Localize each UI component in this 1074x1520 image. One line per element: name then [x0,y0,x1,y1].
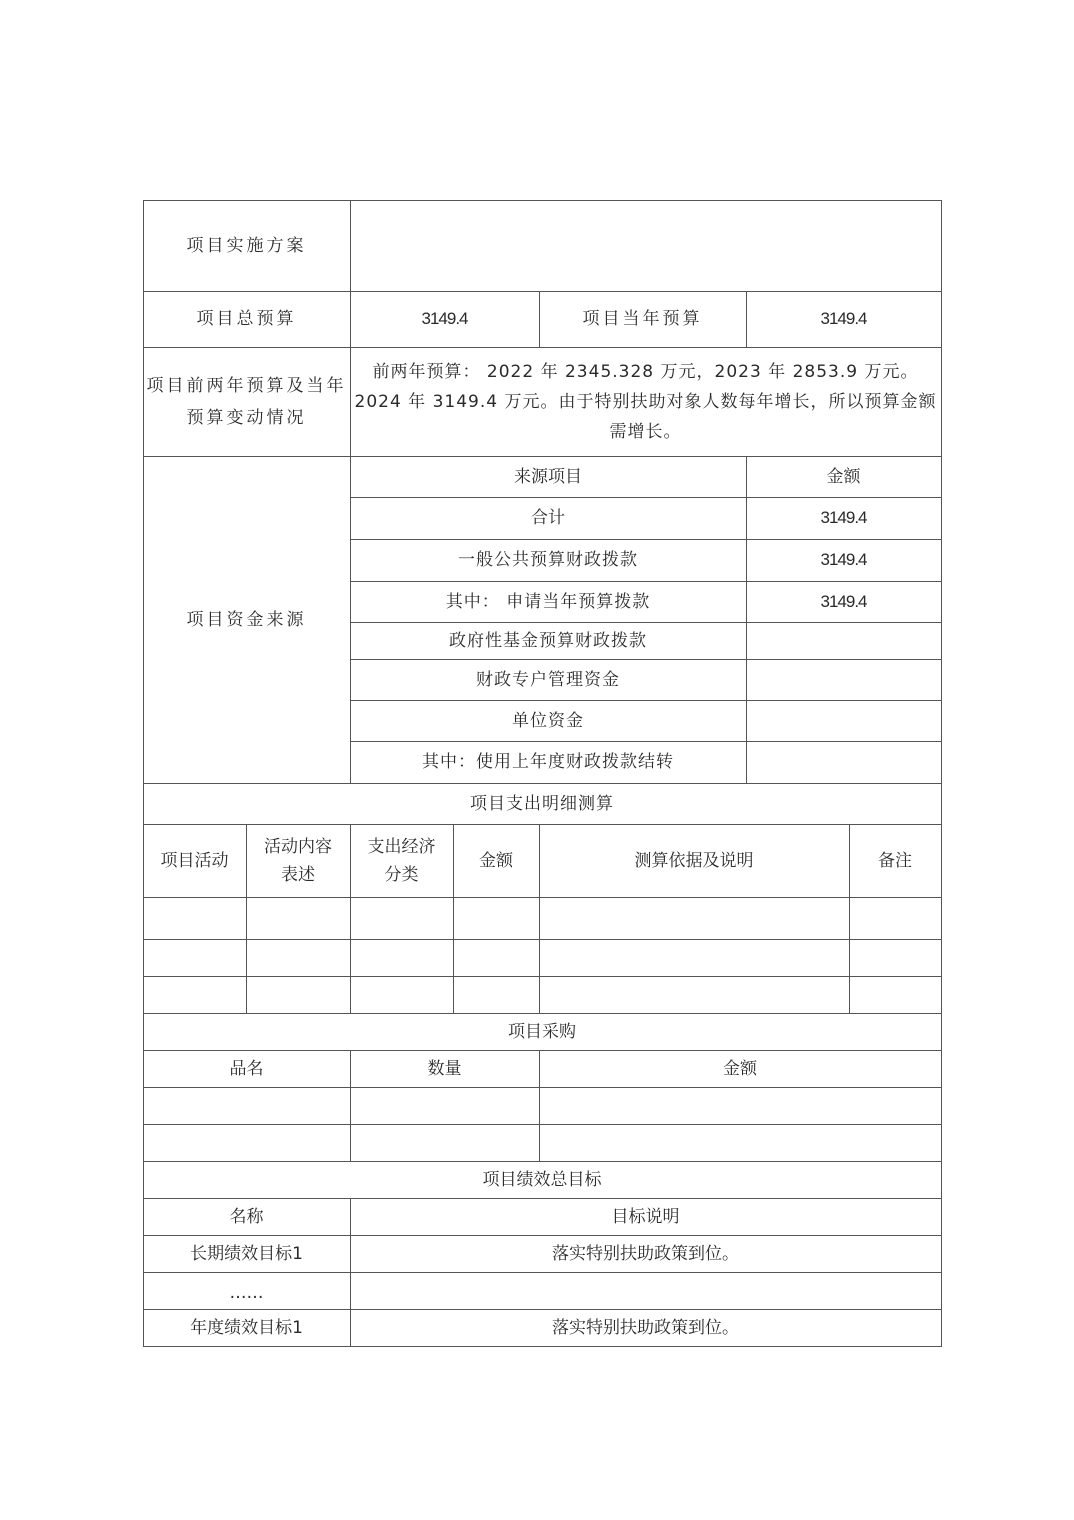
funding-row-amount[interactable]: 3149.4 [746,581,942,623]
procurement-cell[interactable] [143,1087,351,1125]
expense-cell[interactable] [350,976,454,1014]
implementation-plan-value[interactable] [350,200,942,292]
expense-header-econ-line1: 支出经济 [368,833,436,861]
expense-cell[interactable] [849,976,942,1014]
expense-header-econ-line2: 分类 [385,861,419,889]
total-budget-label: 项目总预算 [143,291,351,348]
expense-detail-title: 项目支出明细测算 [143,783,942,825]
expense-cell[interactable] [539,939,850,977]
funding-row-source: 一般公共预算财政拨款 [350,539,747,582]
funding-row-amount[interactable]: 3149.4 [746,497,942,540]
funding-row-source: 其中： 申请当年预算拨款 [350,581,747,623]
expense-cell[interactable] [143,976,247,1014]
funding-row-source: 政府性基金预算财政拨款 [350,622,747,660]
expense-cell[interactable] [246,976,351,1014]
expense-header-content: 活动内容 表述 [246,824,351,898]
procurement-cell[interactable] [350,1087,540,1125]
expense-header-basis: 测算依据及说明 [539,824,850,898]
expense-cell[interactable] [453,976,540,1014]
expense-header-content-line2: 表述 [281,861,315,889]
expense-header-amount: 金额 [453,824,540,898]
procurement-title: 项目采购 [143,1013,942,1051]
funding-row-source: 其中：使用上年度财政拨款结转 [350,741,747,784]
expense-cell[interactable] [849,939,942,977]
total-budget-value[interactable]: 3149.4 [350,291,540,348]
expense-header-remark: 备注 [849,824,942,898]
expense-cell[interactable] [143,939,247,977]
procurement-cell[interactable] [539,1087,942,1125]
budget-change-label-line1: 项目前两年预算及当年 [147,370,347,402]
performance-header-description: 目标说明 [350,1198,942,1236]
performance-goal-name: 年度绩效目标1 [143,1309,351,1347]
funding-row-amount[interactable] [746,700,942,742]
funding-header-source: 来源项目 [350,456,747,498]
funding-row-amount[interactable]: 3149.4 [746,539,942,582]
funding-sources-label: 项目资金来源 [143,456,351,784]
performance-goal-description[interactable] [350,1272,942,1310]
procurement-header-quantity: 数量 [350,1050,540,1088]
procurement-header-amount: 金额 [539,1050,942,1088]
budget-change-text[interactable]: 前两年预算： 2022 年 2345.328 万元，2023 年 2853.9 … [350,347,942,457]
funding-row-amount[interactable] [746,741,942,784]
performance-goal-description[interactable]: 落实特别扶助政策到位。 [350,1235,942,1273]
expense-cell[interactable] [350,897,454,940]
expense-cell[interactable] [143,897,247,940]
expense-header-econ: 支出经济 分类 [350,824,454,898]
funding-header-amount: 金额 [746,456,942,498]
current-year-budget-value[interactable]: 3149.4 [746,291,942,348]
expense-cell[interactable] [849,897,942,940]
performance-goal-description[interactable]: 落实特别扶助政策到位。 [350,1309,942,1347]
current-year-budget-label: 项目当年预算 [539,291,747,348]
funding-row-source: 财政专户管理资金 [350,659,747,701]
performance-header-name: 名称 [143,1198,351,1236]
expense-cell[interactable] [246,939,351,977]
procurement-cell[interactable] [143,1124,351,1162]
performance-goals-title: 项目绩效总目标 [143,1161,942,1199]
performance-goal-name: 长期绩效目标1 [143,1235,351,1273]
procurement-cell[interactable] [539,1124,942,1162]
expense-header-content-line1: 活动内容 [264,833,332,861]
procurement-header-name: 品名 [143,1050,351,1088]
performance-goal-name: …… [143,1272,351,1310]
expense-cell[interactable] [453,897,540,940]
funding-row-amount[interactable] [746,659,942,701]
funding-row-source: 合计 [350,497,747,540]
implementation-plan-label: 项目实施方案 [143,200,351,292]
expense-cell[interactable] [350,939,454,977]
expense-cell[interactable] [246,897,351,940]
expense-cell[interactable] [453,939,540,977]
expense-cell[interactable] [539,897,850,940]
expense-cell[interactable] [539,976,850,1014]
budget-change-label: 项目前两年预算及当年 预算变动情况 [143,347,351,457]
funding-row-amount[interactable] [746,622,942,660]
procurement-cell[interactable] [350,1124,540,1162]
funding-row-source: 单位资金 [350,700,747,742]
expense-header-activity: 项目活动 [143,824,247,898]
budget-change-label-line2: 预算变动情况 [187,402,307,434]
